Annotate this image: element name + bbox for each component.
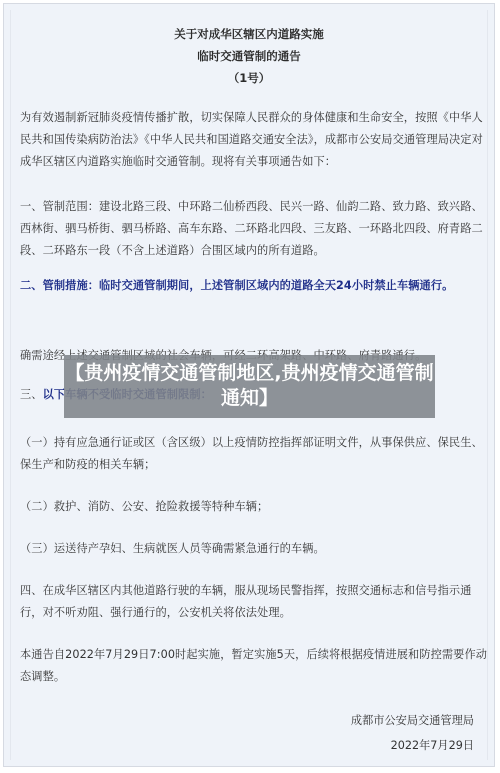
section-control-scope: 一、管制范围：建设北路三段、中环路二仙桥西段、民兴一路、仙韵二路、致力路、致兴路…	[20, 196, 488, 262]
notice-title-line2: 临时交通管制的通告	[4, 48, 494, 64]
notice-number: （1号）	[4, 70, 494, 86]
section-three-prefix: 三、	[20, 388, 43, 401]
intro-paragraph: 为有效遏制新冠肺炎疫情传播扩散，切实保障人民群众的身体健康和生命安全，按照《中华…	[20, 107, 488, 173]
issuer-signature: 成都市公安局交通管理局	[351, 712, 474, 728]
headline-overlay-banner: 【贵州疫情交通管制地区,贵州疫情交通管制通知】	[64, 355, 435, 418]
effective-date-paragraph: 本通告自2022年7月29日7:00时起实施，暂定实施5天，后续将根据疫情进展和…	[20, 644, 488, 688]
issue-date: 2022年7月29日	[391, 737, 474, 753]
section-other-roads: 四、在成华区辖区内其他道路行驶的车辆，服从现场民警指挥，按照交通标志和信号指示通…	[20, 580, 488, 624]
exempt-item-2: （二）救护、消防、公安、抢险救援等特种车辆；	[20, 496, 488, 518]
exempt-item-1: （一）持有应急通行证或区（含区级）以上疫情防控指挥部证明文件，从事保供应、保民生…	[20, 432, 488, 476]
section-control-measures: 二、管制措施：临时交通管制期间，上述管制区域内的道路全天24小时禁止车辆通行。	[20, 275, 488, 297]
exempt-item-3: （三）运送待产孕妇、生病就医人员等确需紧急通行的车辆。	[20, 538, 488, 560]
notice-title-line1: 关于对成华区辖区内道路实施	[4, 26, 494, 42]
